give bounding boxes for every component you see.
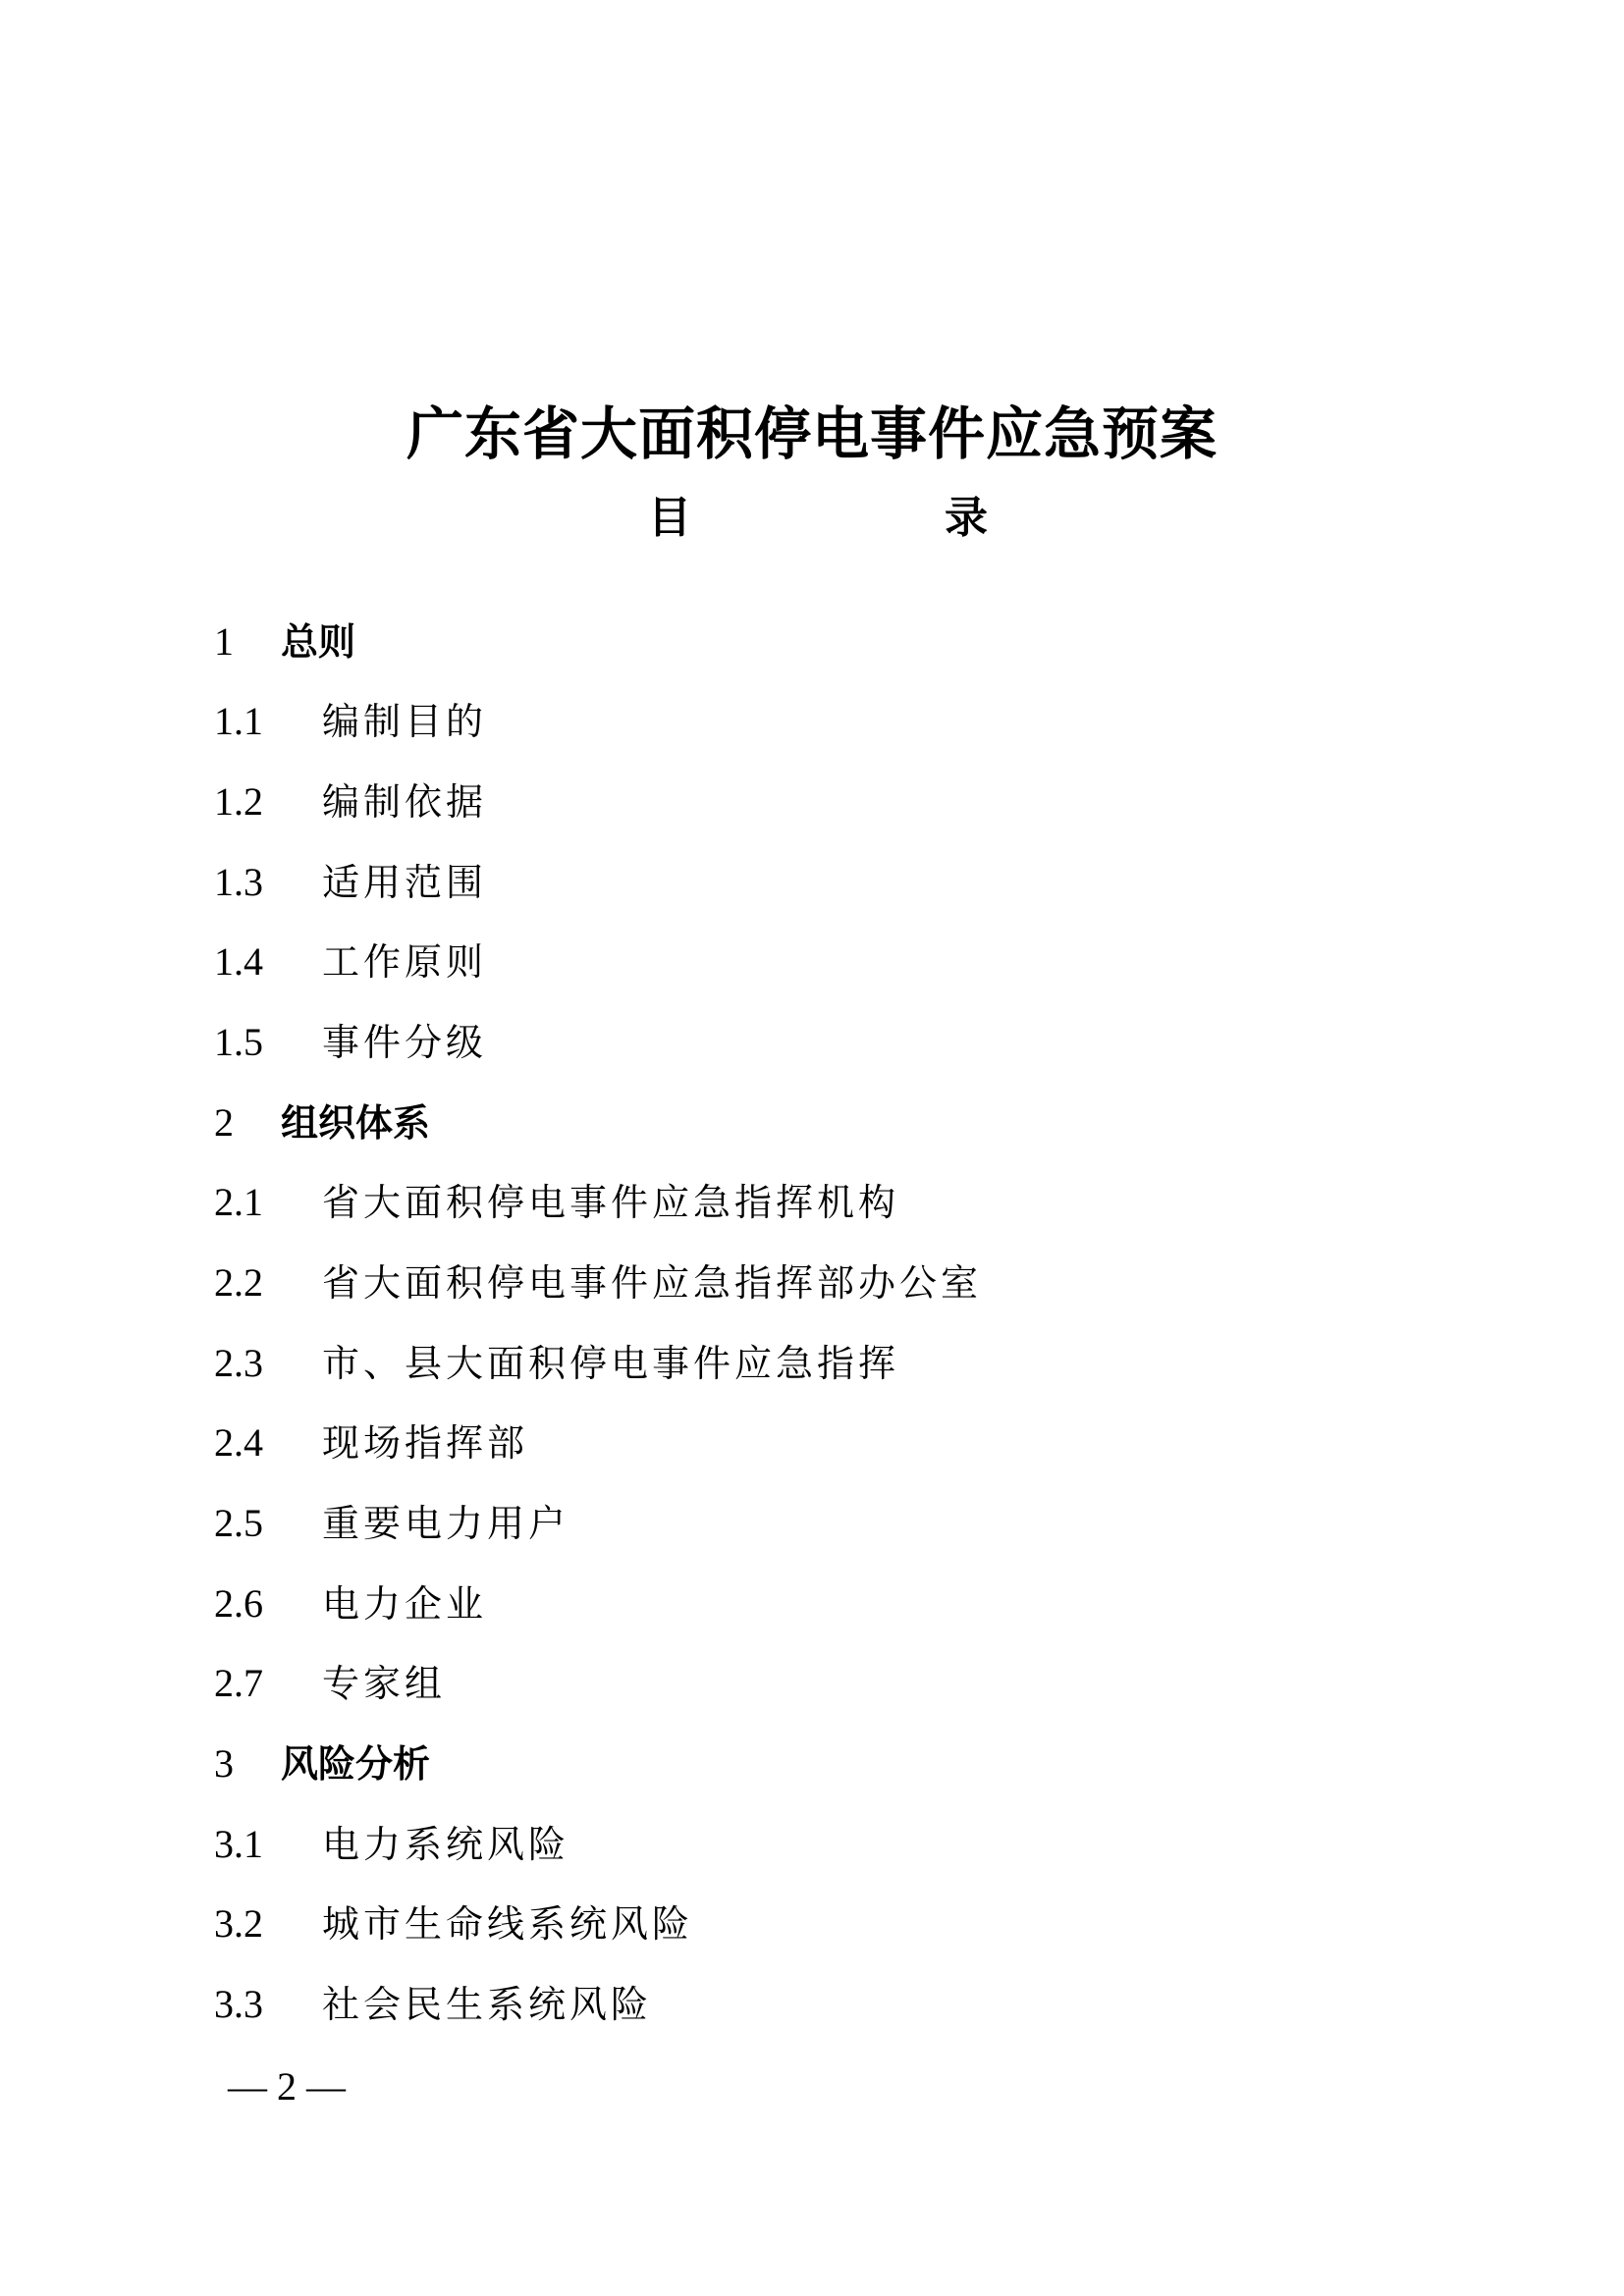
toc-entry-number: 2.2 (214, 1255, 263, 1310)
toc-entry-label: 风险分析 (281, 1736, 430, 1791)
toc-entry-label: 省大面积停电事件应急指挥部办公室 (322, 1255, 982, 1310)
toc-entry-label: 总则 (281, 614, 355, 669)
toc-entry-label: 现场指挥部 (322, 1415, 528, 1470)
toc-entry-number: 2.4 (214, 1415, 263, 1470)
toc-entry-number: 2.5 (214, 1496, 263, 1551)
page-title: 广东省大面积停电事件应急预案 (0, 401, 1624, 466)
toc-entry-number: 2 (214, 1095, 234, 1150)
page-number: — 2 — (228, 2059, 346, 2114)
toc-entry-label: 市、县大面积停电事件应急指挥 (322, 1336, 899, 1391)
toc-entry-label: 事件分级 (322, 1015, 487, 1070)
toc-entry-number: 1.3 (214, 855, 263, 910)
toc-entry-label: 社会民生系统风险 (322, 1977, 652, 2032)
toc-entry-number: 2.1 (214, 1175, 263, 1230)
toc-entry-label: 电力企业 (322, 1576, 487, 1631)
toc-entry-label: 编制目的 (322, 694, 487, 749)
toc-entry-number: 2.6 (214, 1576, 263, 1631)
toc-heading-char-1: 目 (648, 491, 691, 546)
toc-entry-number: 1.2 (214, 774, 263, 829)
toc-entry-label: 工作原则 (322, 934, 487, 989)
toc-heading-char-2: 录 (945, 491, 988, 546)
toc-entry-number: 3.3 (214, 1977, 263, 2032)
toc-entry-label: 电力系统风险 (322, 1817, 569, 1872)
toc-entry-label: 省大面积停电事件应急指挥机构 (322, 1175, 899, 1230)
toc-entry-number: 1 (214, 614, 234, 669)
toc-entry-number: 1.5 (214, 1015, 263, 1070)
toc-entry-label: 适用范围 (322, 855, 487, 910)
toc-entry-number: 3.1 (214, 1817, 263, 1872)
toc-entry-number: 1.1 (214, 694, 263, 749)
toc-entry-label: 组织体系 (281, 1095, 430, 1150)
toc-entry-number: 2.3 (214, 1336, 263, 1391)
toc-entry-label: 编制依据 (322, 774, 487, 829)
toc-entry-number: 3 (214, 1736, 234, 1791)
toc-entry-number: 2.7 (214, 1656, 263, 1711)
toc-entry-label: 城市生命线系统风险 (322, 1896, 693, 1951)
toc-entry-number: 1.4 (214, 934, 263, 989)
toc-entry-label: 专家组 (322, 1656, 446, 1711)
toc-entry-number: 3.2 (214, 1896, 263, 1951)
toc-entry-label: 重要电力用户 (322, 1496, 569, 1551)
